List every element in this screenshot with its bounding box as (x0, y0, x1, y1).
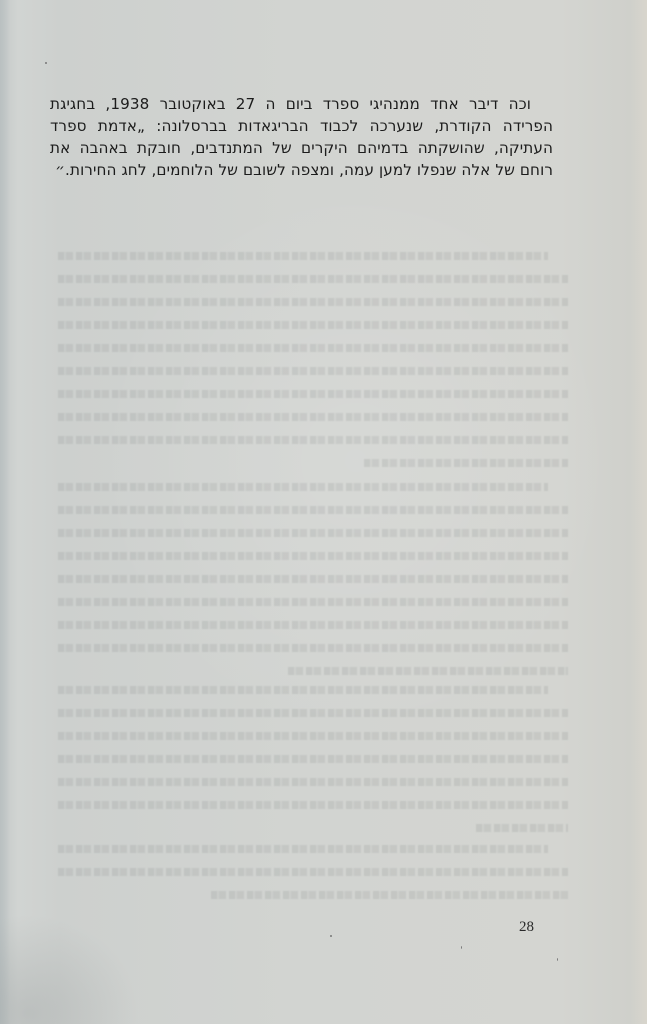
bleed-through-line (58, 732, 568, 740)
bleed-through-line (58, 252, 548, 260)
page-binding-edge (0, 0, 10, 1024)
bleed-through-text-block-2 (58, 483, 568, 690)
paper-speck (330, 935, 332, 937)
bleed-through-line (58, 367, 568, 375)
bleed-through-line (211, 891, 568, 899)
bleed-through-line (58, 298, 568, 306)
bleed-through-line (58, 344, 568, 352)
bleed-through-line (58, 275, 568, 283)
page-number: 28 (519, 919, 534, 936)
bleed-through-line (58, 755, 568, 763)
bleed-through-line (58, 598, 568, 606)
paper-speck (557, 958, 558, 961)
bleed-through-text-block-3 (58, 686, 568, 847)
bleed-through-text-block-4 (58, 845, 568, 914)
bleed-through-line (58, 529, 568, 537)
paper-speck (45, 62, 47, 64)
bleed-through-line (58, 845, 548, 853)
bleed-through-line (476, 824, 568, 832)
bleed-through-line (58, 483, 548, 491)
bleed-through-line (58, 506, 568, 514)
page-shadow (0, 914, 140, 1024)
bleed-through-line (58, 552, 568, 560)
bleed-through-line (58, 686, 548, 694)
bleed-through-line (364, 459, 568, 467)
bleed-through-line (58, 801, 568, 809)
bleed-through-line (58, 644, 568, 652)
bleed-through-line (58, 709, 568, 717)
bleed-through-line (58, 413, 568, 421)
bleed-through-line (58, 575, 568, 583)
bleed-through-line (58, 390, 568, 398)
bleed-through-line (58, 436, 568, 444)
bleed-through-text-block-1 (58, 252, 568, 482)
bleed-through-line (58, 321, 568, 329)
book-page: וכה דיבר אחד ממנהיגי ספרד ביום ה 27 באוק… (0, 0, 647, 1024)
bleed-through-line (288, 667, 569, 675)
bleed-through-line (58, 868, 568, 876)
quote-paragraph: וכה דיבר אחד ממנהיגי ספרד ביום ה 27 באוק… (50, 93, 553, 181)
paper-speck (461, 946, 462, 949)
bleed-through-line (58, 621, 568, 629)
bleed-through-line (58, 778, 568, 786)
